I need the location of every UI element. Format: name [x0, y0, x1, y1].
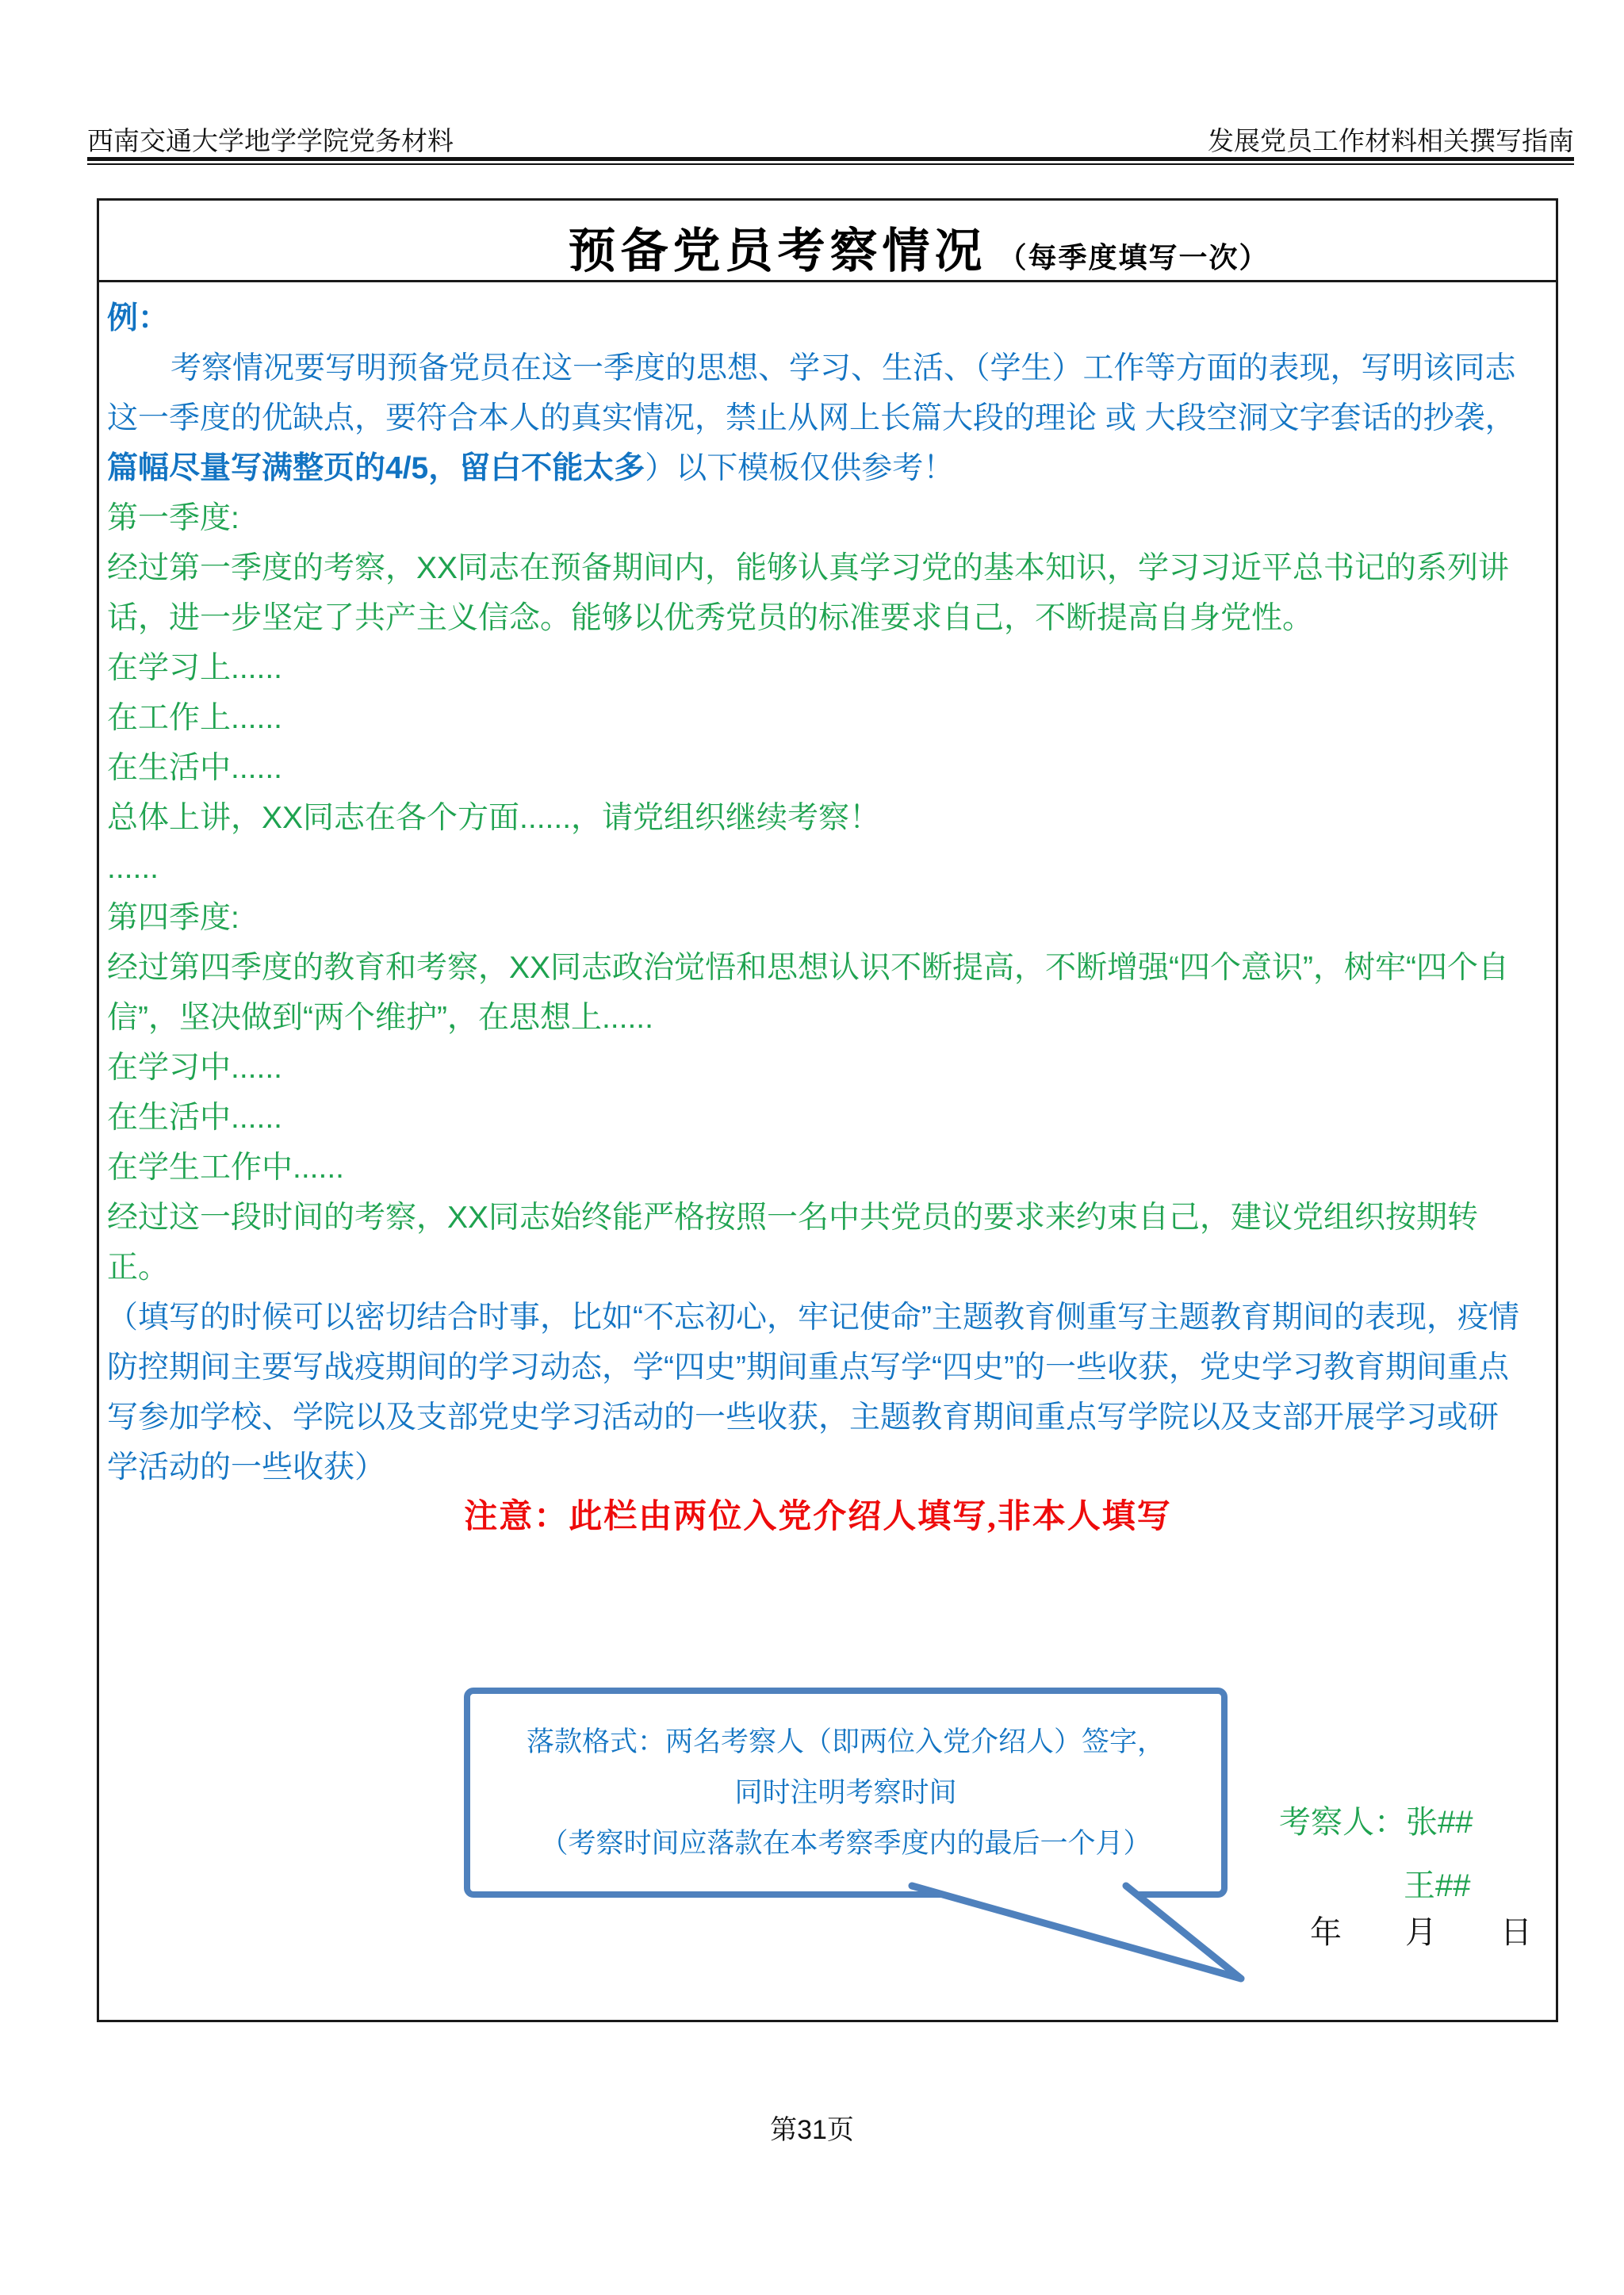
box-title-row: 预备党员考察情况 （每季度填写一次） — [99, 201, 1556, 282]
examiner-names: 考察人：张## 王## — [1279, 1791, 1473, 1918]
callout-line-3: （考察时间应落款在本考察季度内的最后一个月） — [540, 1829, 1151, 1859]
q1-overall-line: 总体上讲，XX同志在各个方面......，请党组织继续考察！ — [107, 793, 1529, 843]
q1-body: 经过第一季度的考察，XX同志在预备期间内，能够认真学习党的基本知识，学习习近平总… — [107, 543, 1529, 643]
q4-life-line: 在生活中...... — [107, 1093, 1529, 1143]
ellipsis-line: ...... — [107, 843, 1529, 893]
callout-bubble: 落款格式：两名考察人（即两位入党介绍人）签字， 同时注明考察时间 （考察时间应落… — [464, 1688, 1228, 1898]
document-page: { "colors":{ "blue":"#1173c2", "green":"… — [0, 0, 1624, 2295]
box-title: 预备党员考察情况 — [568, 213, 986, 282]
page-header: 西南交通大学地学学院党务材料 发展党员工作材料相关撰写指南 — [87, 121, 1574, 158]
callout-line-1: 落款格式：两名考察人（即两位入党介绍人）签字， — [527, 1727, 1165, 1757]
intro-text-after: ）以下模板仅供参考！ — [645, 451, 954, 485]
q1-study-line: 在学习上...... — [107, 643, 1529, 693]
q1-heading: 第一季度: — [107, 493, 1529, 543]
example-label: 例： — [107, 293, 1529, 343]
warning-line: 注意：此栏由两位入党介绍人填写,非本人填写 — [107, 1492, 1529, 1542]
intro-paragraph: 考察情况要写明预备党员在这一季度的思想、学习、生活、（学生）工作等方面的表现，写… — [107, 343, 1529, 493]
intro-text-before: 考察情况要写明预备党员在这一季度的思想、学习、生活、（学生）工作等方面的表现，写… — [107, 351, 1516, 435]
header-left-text: 西南交通大学地学学院党务材料 — [87, 121, 454, 158]
examiner-name-2: 王## — [1404, 1854, 1473, 1918]
q4-study-line: 在学习中...... — [107, 1043, 1529, 1093]
header-right-text: 发展党员工作材料相关撰写指南 — [1208, 121, 1574, 158]
header-divider-rule — [87, 157, 1574, 165]
q4-conclusion-line: 经过这一段时间的考察，XX同志始终能严格按照一名中共党员的要求来约束自己，建议党… — [107, 1193, 1529, 1293]
q1-life-line: 在生活中...... — [107, 743, 1529, 793]
examiner-name-1: 考察人：张## — [1279, 1791, 1473, 1854]
tips-paragraph: （填写的时候可以密切结合时事，比如“不忘初心，牢记使命”主题教育侧重写主题教育期… — [107, 1293, 1529, 1492]
q4-student-work-line: 在学生工作中...... — [107, 1143, 1529, 1193]
intro-text-bold: 篇幅尽量写满整页的4/5，留白不能太多 — [107, 451, 645, 485]
q1-work-line: 在工作上...... — [107, 693, 1529, 743]
callout-tail-pointer — [872, 1881, 1269, 1988]
page-number: 第31页 — [0, 2108, 1624, 2147]
callout-line-2: 同时注明考察时间 — [734, 1778, 956, 1808]
box-title-note: （每季度填写一次） — [998, 236, 1269, 276]
q4-heading: 第四季度: — [107, 893, 1529, 943]
q4-body: 经过第四季度的教育和考察，XX同志政治觉悟和思想认识不断提高，不断增强“四个意识… — [107, 943, 1529, 1043]
box-content-cell: 例： 考察情况要写明预备党员在这一季度的思想、学习、生活、（学生）工作等方面的表… — [99, 282, 1556, 1542]
